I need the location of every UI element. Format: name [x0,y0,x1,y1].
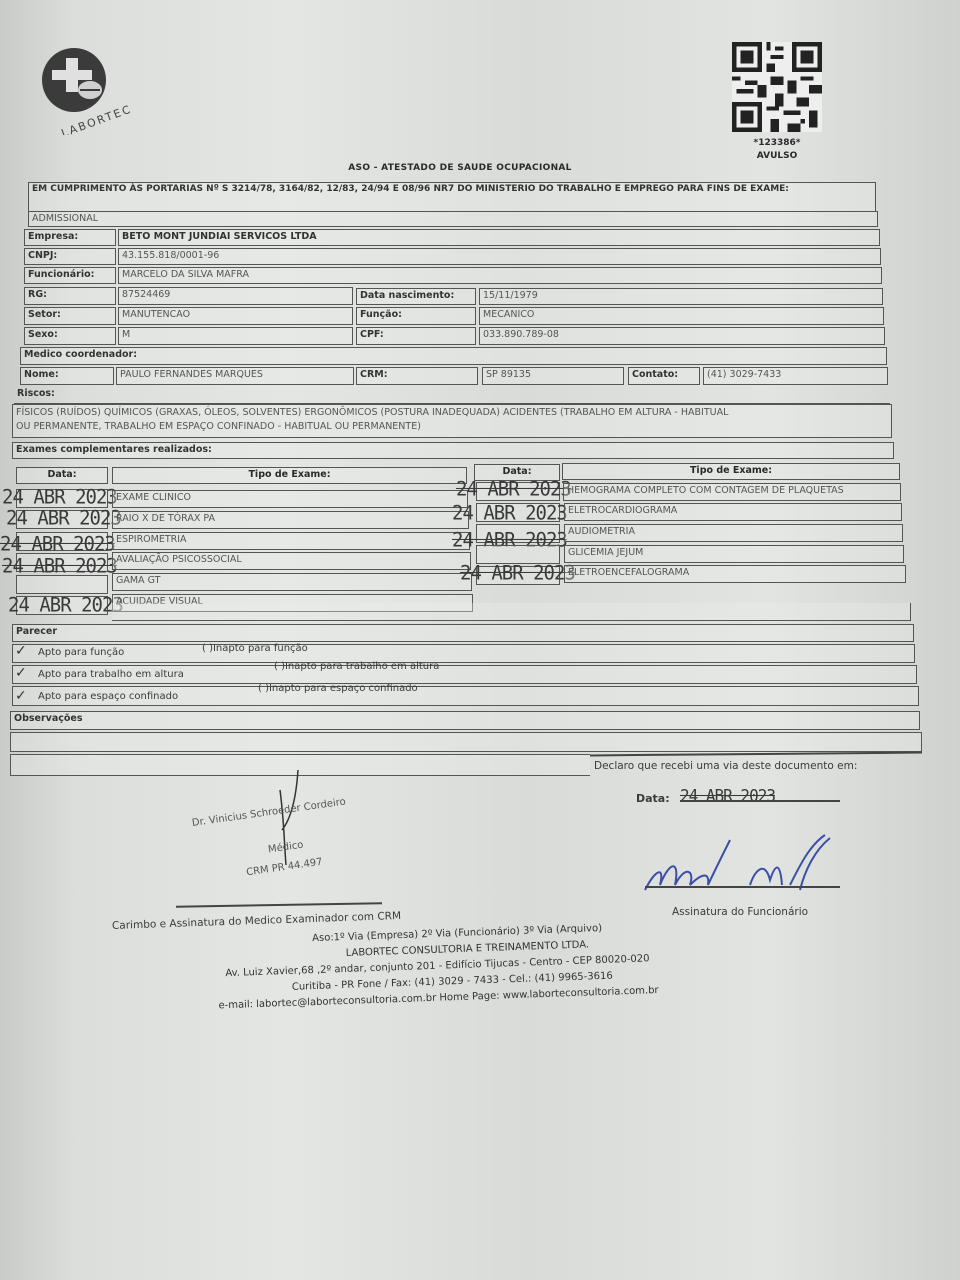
doctor-signature-icon [270,770,300,870]
inapto-altura: ( )Inapto para trabalho em altura [274,661,439,672]
cnpj-value: 43.155.818/0001-96 [118,248,881,265]
labortec-logo-icon: LABORTEC [32,40,142,135]
exam-left-type: AVALIAÇÃO PSICOSSOCIAL [112,552,471,570]
observacoes-label: Observações [10,711,920,730]
exam-type: ADMISSIONAL [28,211,878,227]
empresa-label: Empresa: [24,229,116,246]
apto-confinado: Apto para espaço confinado [38,691,178,702]
employee-signature-caption: Assinatura do Funcionário [672,906,808,918]
exam-left-type: EXAME CLINICO [112,490,468,508]
exam-right-type: AUDIOMETRIA [564,524,903,542]
risks-box: FÍSICOS (RUÍDOS) QUÍMICOS (GRAXAS, ÓLEOS… [12,404,892,438]
rg-label: RG: [24,287,116,305]
sexo-value: M [118,327,353,345]
contato-label: Contato: [628,367,700,385]
risks-line-2: OU PERMANENTE, TRABALHO EM ESPAÇO CONFIN… [16,420,888,434]
parecer-row [12,644,915,663]
exam-right-type: HEMOGRAMA COMPLETO COM CONTAGEM DE PLAQU… [563,483,901,501]
checkmark-icon: ✓ [15,643,27,659]
funcionario-value: MARCELO DA SILVA MAFRA [118,267,882,284]
setor-value: MANUTENCAO [118,307,353,325]
coordinator-section-label: Medico coordenador: [20,347,887,365]
observacoes-line-1 [10,732,922,752]
observacoes-line-2 [10,754,590,776]
funcionario-label: Funcionário: [24,267,116,284]
apto-funcao: Apto para função [38,647,124,658]
cnpj-label: CNPJ: [24,248,116,265]
exam-left-date-box [16,575,108,594]
contato-value: (41) 3029-7433 [703,367,888,385]
exam-left-type-header: Tipo de Exame: [112,467,467,484]
exam-left-date-header: Data: [16,467,108,484]
employee-signature-icon [640,830,840,910]
funcao-value: MECANICO [479,307,884,325]
crm-value: SP 89135 [482,367,624,385]
receipt-date-stamp: 24 ABR 2023 [680,786,775,806]
exam-left-date: 24 ABR 2023 [8,593,123,616]
exam-right-date: 24 ABR 2023 [460,561,575,584]
coordinator-name-value: PAULO FERNANDES MARQUES [116,367,354,385]
exam-right-type: GLICEMIA JEJUM [564,545,904,563]
inapto-funcao: ( )Inapto para função [202,643,308,654]
rg-value: 87524469 [118,287,353,305]
receipt-date-label: Data: [636,792,670,805]
exams-end-row [112,603,911,621]
risks-line-1: FÍSICOS (RUÍDOS) QUÍMICOS (GRAXAS, ÓLEOS… [16,406,888,420]
exam-left-date: 24 ABR 2023 [2,485,117,508]
doctor-signature-line [176,902,382,907]
cpf-label: CPF: [356,327,476,345]
exam-left-type: RAIO X DE TÓRAX PA [112,511,469,529]
employee-signature-line [645,886,840,888]
exam-right-type: ELETROCARDIOGRAMA [564,503,902,521]
cpf-value: 033.890.789-08 [479,327,885,345]
checkmark-icon: ✓ [15,665,27,681]
declaro-text: Declaro que recebi uma via deste documen… [594,760,857,772]
intro-text: EM CUMPRIMENTO ÀS PORTARIAS Nº S 3214/78… [32,184,789,194]
parecer-label: Parecer [12,624,914,642]
exams-label: Exames complementares realizados: [12,442,894,459]
nascimento-value: 15/11/1979 [479,288,883,305]
checkmark-icon: ✓ [15,688,27,704]
doctor-stamp-name: Dr. Vinicius Schroeder Cordeiro [191,796,346,828]
sexo-label: Sexo: [24,327,116,345]
divider [590,752,922,756]
exam-left-type: GAMA GT [112,573,472,591]
exam-left-type: ESPIROMETRIA [112,532,470,550]
document-type-label: AVULSO [732,151,822,161]
risks-label: Riscos: [14,387,890,404]
nascimento-label: Data nascimento: [356,288,476,305]
funcao-label: Função: [356,307,476,325]
intro-box: EM CUMPRIMENTO ÀS PORTARIAS Nº S 3214/78… [28,182,876,212]
document-number: *123386* [732,138,822,148]
receipt-date-line [680,800,840,802]
setor-label: Setor: [24,307,116,325]
exam-right-type: ELETROENCEFALOGRAMA [564,565,906,583]
aso-document: LABORTEC *123386* AVULSO ASO - ATESTADO … [0,0,960,1280]
doctor-signature-caption: Carimbo e Assinatura do Medico Examinado… [112,910,401,932]
qr-code-icon [730,42,824,132]
crm-label: CRM: [356,367,478,385]
apto-altura: Apto para trabalho em altura [38,669,184,680]
coordinator-name-label: Nome: [20,367,114,385]
document-title: ASO - ATESTADO DE SAUDE OCUPACIONAL [300,163,620,173]
exam-right-type-header: Tipo de Exame: [562,463,900,480]
empresa-value: BETO MONT JUNDIAI SERVICOS LTDA [118,229,880,246]
exam-left-date: 24 ABR 2023 [6,506,121,529]
inapto-confinado: ( )Inapto para espaço confinado [258,683,418,694]
exam-right-date: 24 ABR 2023 [452,501,567,524]
exam-right-date: 24 ABR 2023 [456,477,571,500]
footer-line-5: e-mail: labortec@laborteconsultoria.com.… [218,985,658,1011]
